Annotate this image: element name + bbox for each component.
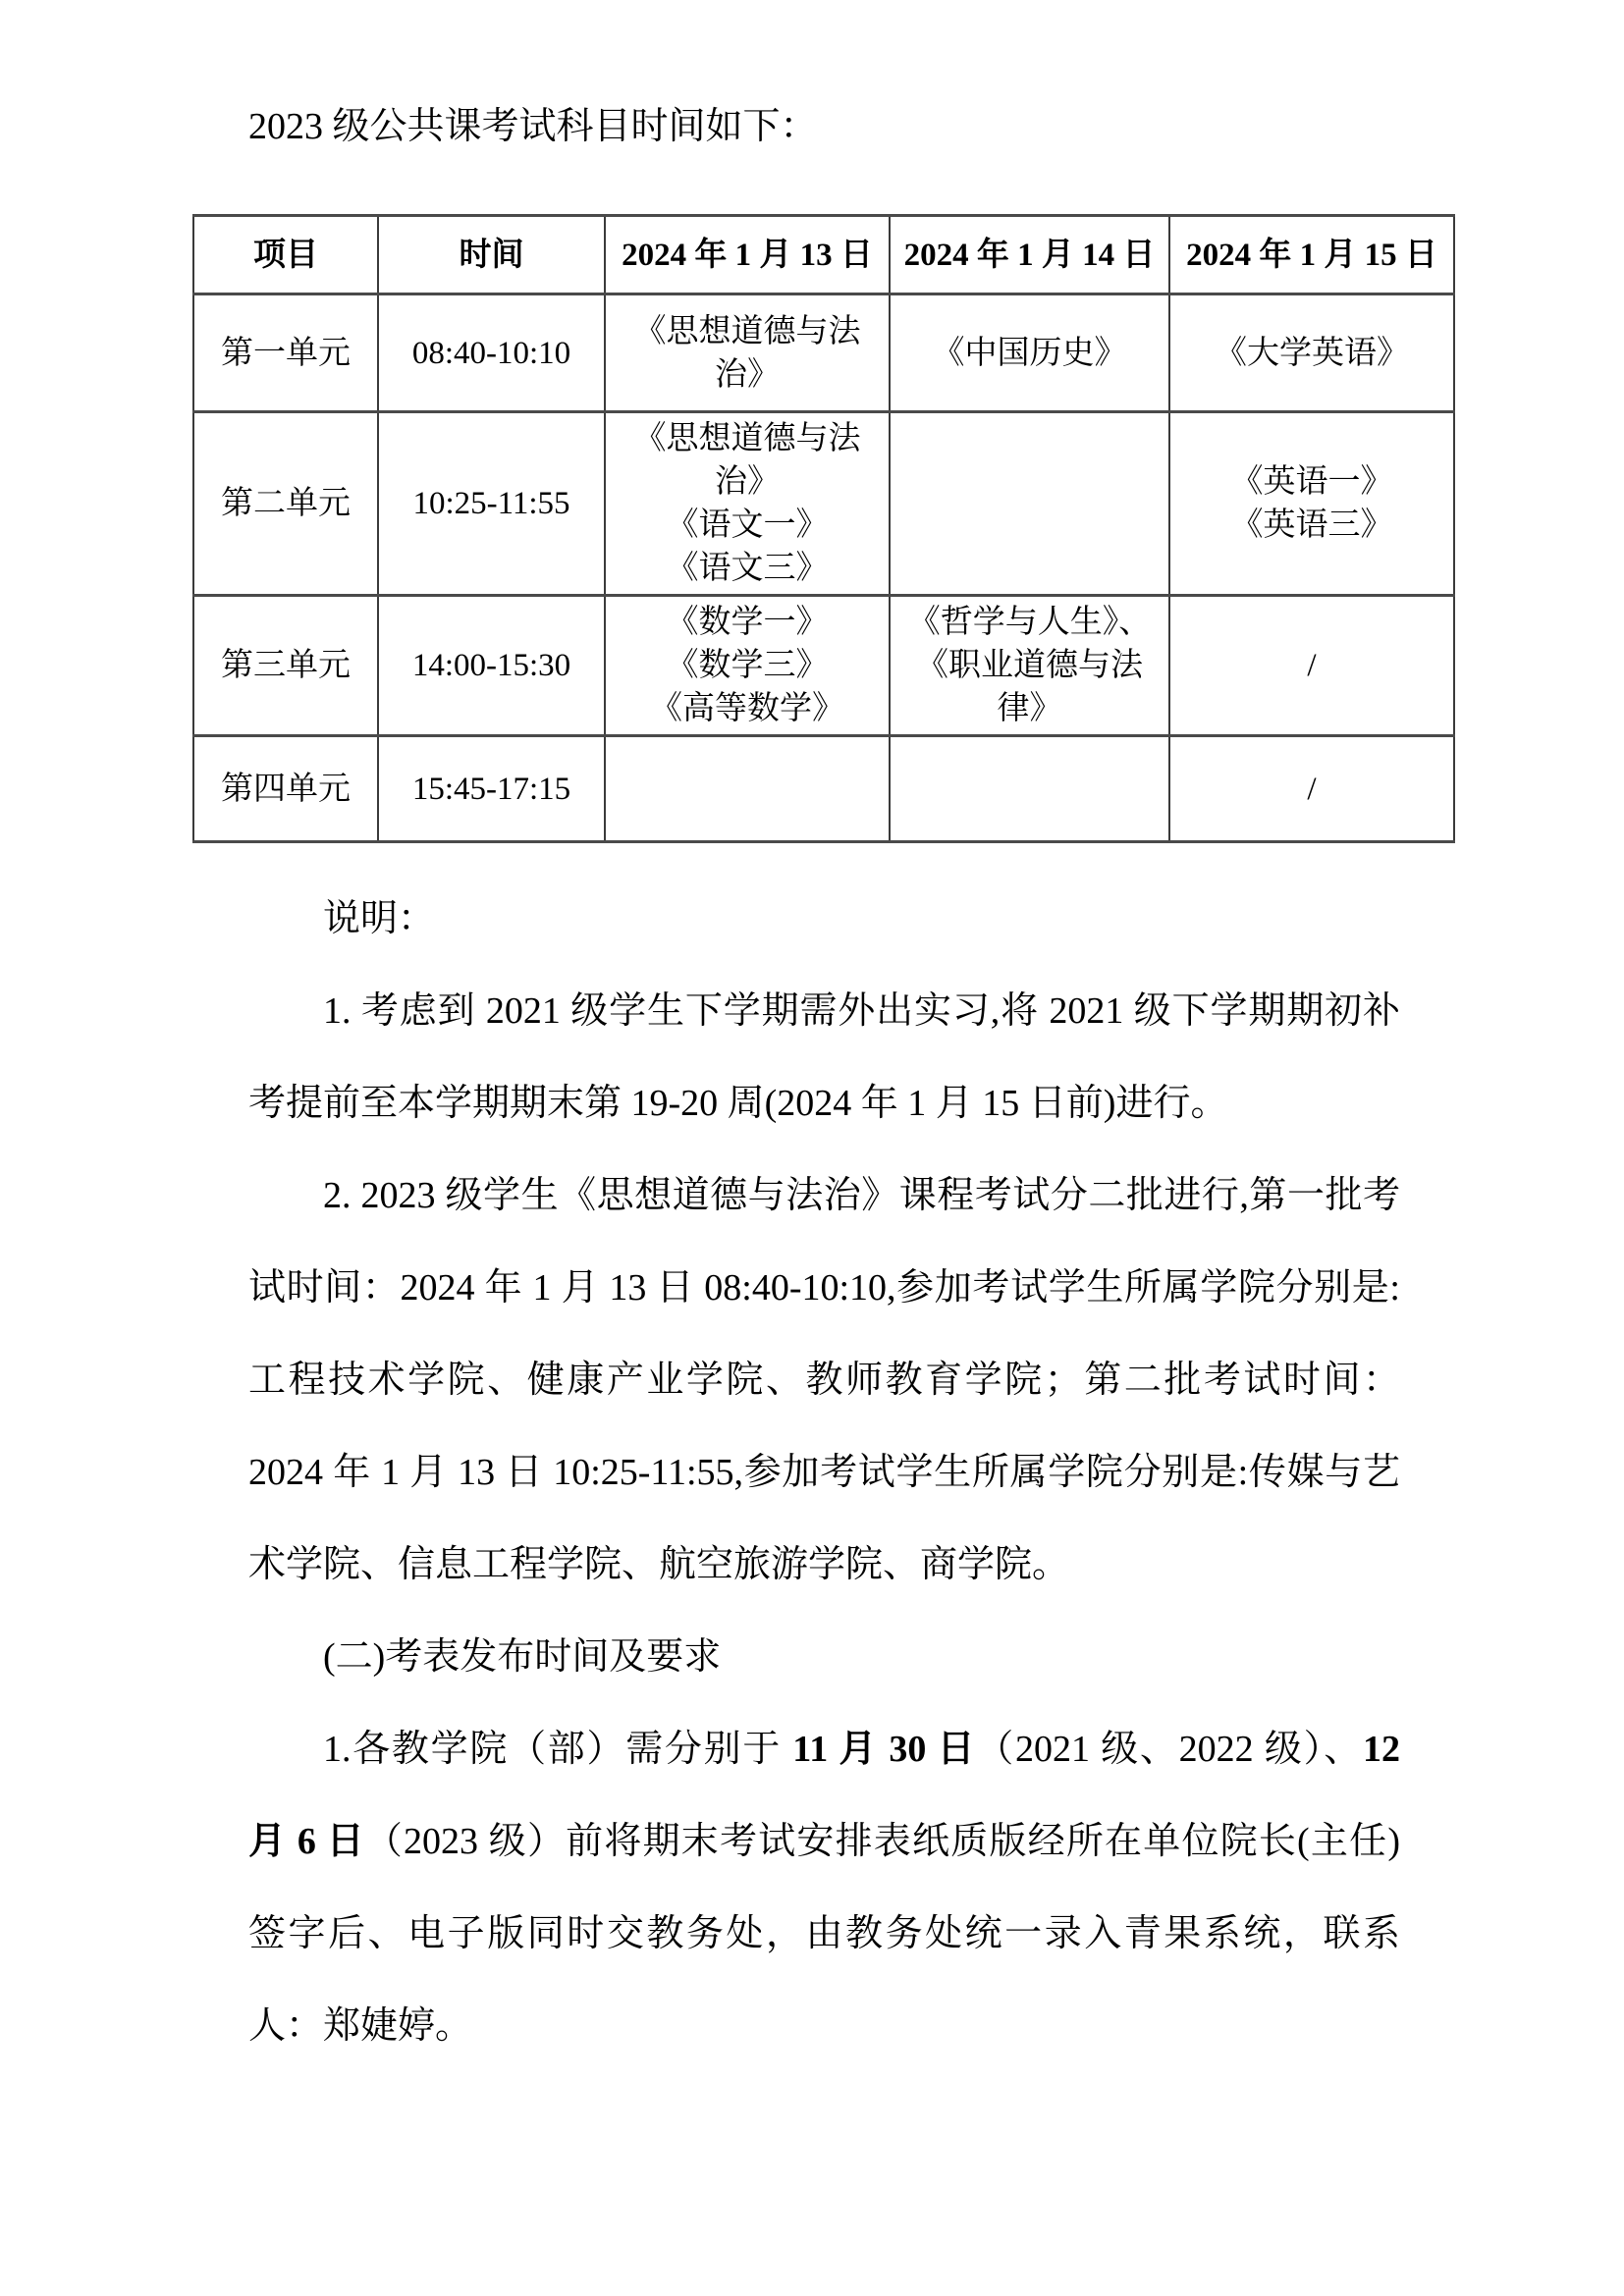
cell-text-line: 《职业道德与法律》 xyxy=(898,644,1161,730)
column-header: 2024 年 1 月 13 日 xyxy=(605,216,890,294)
notes-section: 说明： 1. 考虑到 2021 级学生下学期需外出实习,将 2021 级下学期期… xyxy=(248,873,1400,2072)
text-run: 说明： xyxy=(323,898,435,939)
table-cell: 《大学英语》 xyxy=(1169,294,1454,412)
document-page: 2023 级公共课考试科目时间如下： 项目时间2024 年 1 月 13 日20… xyxy=(0,0,1624,2296)
table-row: 第二单元10:25-11:55《思想道德与法治》《语文一》《语文三》《英语一》《… xyxy=(193,412,1454,596)
exam-schedule-table: 项目时间2024 年 1 月 13 日2024 年 1 月 14 日2024 年… xyxy=(192,214,1455,843)
table-cell: 第四单元 xyxy=(193,736,378,842)
cell-text-line: 《哲学与人生》、 xyxy=(898,601,1161,644)
table-cell: 第三单元 xyxy=(193,596,378,736)
table-cell xyxy=(890,736,1169,842)
table-cell: 第二单元 xyxy=(193,412,378,596)
cell-text-line: 《高等数学》 xyxy=(614,687,881,730)
table-row: 第四单元15:45-17:15/ xyxy=(193,736,1454,842)
note-paragraph-2: 2. 2023 级学生《思想道德与法治》课程考试分二批进行,第一批考试时间：20… xyxy=(248,1149,1400,1611)
cell-text-line: 第四单元 xyxy=(202,768,369,811)
cell-text-line: 15:45-17:15 xyxy=(387,768,596,811)
cell-text-line: 《大学英语》 xyxy=(1178,332,1445,375)
text-run: （2021 级、2022 级）、 xyxy=(976,1729,1363,1770)
table-cell xyxy=(605,736,890,842)
table-row: 第三单元14:00-15:30《数学一》《数学三》《高等数学》《哲学与人生》、《… xyxy=(193,596,1454,736)
text-run: （2023 级）前将期末考试安排表纸质版经所在单位院长(主任)签字后、电子版同时… xyxy=(248,1821,1400,2047)
cell-text-line: 08:40-10:10 xyxy=(387,332,596,375)
cell-text-line: 《英语三》 xyxy=(1178,504,1445,547)
text-run: 2. 2023 级学生《思想道德与法治》课程考试分二批进行,第一批考试时间：20… xyxy=(248,1175,1400,1585)
exam-table-body: 第一单元08:40-10:10《思想道德与法治》《中国历史》《大学英语》第二单元… xyxy=(193,294,1454,842)
exam-table-header-row: 项目时间2024 年 1 月 13 日2024 年 1 月 14 日2024 年… xyxy=(193,216,1454,294)
table-cell: 《哲学与人生》、《职业道德与法律》 xyxy=(890,596,1169,736)
notes-label: 说明： xyxy=(248,873,1400,965)
table-cell: 第一单元 xyxy=(193,294,378,412)
table-cell: / xyxy=(1169,596,1454,736)
cell-text-line: 《思想道德与法治》 xyxy=(614,310,881,397)
table-cell: 《中国历史》 xyxy=(890,294,1169,412)
text-run: 1. 考虑到 2021 级学生下学期需外出实习,将 2021 级下学期期初补考提… xyxy=(248,990,1400,1124)
cell-text-line: 第一单元 xyxy=(202,332,369,375)
table-row: 第一单元08:40-10:10《思想道德与法治》《中国历史》《大学英语》 xyxy=(193,294,1454,412)
cell-text-line: 《中国历史》 xyxy=(898,332,1161,375)
cell-text-line: 10:25-11:55 xyxy=(387,482,596,525)
section-2-heading: (二)考表发布时间及要求 xyxy=(248,1611,1400,1703)
table-cell: 08:40-10:10 xyxy=(378,294,605,412)
cell-text-line: 《语文三》 xyxy=(614,547,881,590)
table-cell: 《数学一》《数学三》《高等数学》 xyxy=(605,596,890,736)
table-cell: 《思想道德与法治》 xyxy=(605,294,890,412)
cell-text-line: 《数学三》 xyxy=(614,644,881,687)
column-header: 项目 xyxy=(193,216,378,294)
table-cell: 《思想道德与法治》《语文一》《语文三》 xyxy=(605,412,890,596)
table-cell xyxy=(890,412,1169,596)
column-header: 2024 年 1 月 14 日 xyxy=(890,216,1169,294)
cell-text-line: 《数学一》 xyxy=(614,601,881,644)
table-cell: 10:25-11:55 xyxy=(378,412,605,596)
text-run: 1.各教学院（部）需分别于 xyxy=(323,1729,792,1770)
text-run: (二)考表发布时间及要求 xyxy=(323,1636,721,1678)
cell-text-line: 14:00-15:30 xyxy=(387,644,596,687)
cell-text-line: 《英语一》 xyxy=(1178,460,1445,504)
cell-text-line: 第二单元 xyxy=(202,482,369,525)
table-cell: 《英语一》《英语三》 xyxy=(1169,412,1454,596)
cell-text-line: / xyxy=(1178,644,1445,687)
table-cell: 15:45-17:15 xyxy=(378,736,605,842)
cell-text-line: 第三单元 xyxy=(202,644,369,687)
column-header: 2024 年 1 月 15 日 xyxy=(1169,216,1454,294)
cell-text-line: 《语文一》 xyxy=(614,504,881,547)
note-paragraph-1: 1. 考虑到 2021 级学生下学期需外出实习,将 2021 级下学期期初补考提… xyxy=(248,965,1400,1149)
cell-text-line: 《思想道德与法治》 xyxy=(614,417,881,504)
cell-text-line: / xyxy=(1178,768,1445,811)
table-cell: 14:00-15:30 xyxy=(378,596,605,736)
note-paragraph-3: 1.各教学院（部）需分别于 11 月 30 日（2021 级、2022 级）、1… xyxy=(248,1703,1400,2072)
table-cell: / xyxy=(1169,736,1454,842)
bold-text-run: 11 月 30 日 xyxy=(792,1729,976,1770)
page-title: 2023 级公共课考试科目时间如下： xyxy=(248,98,1398,155)
column-header: 时间 xyxy=(378,216,605,294)
